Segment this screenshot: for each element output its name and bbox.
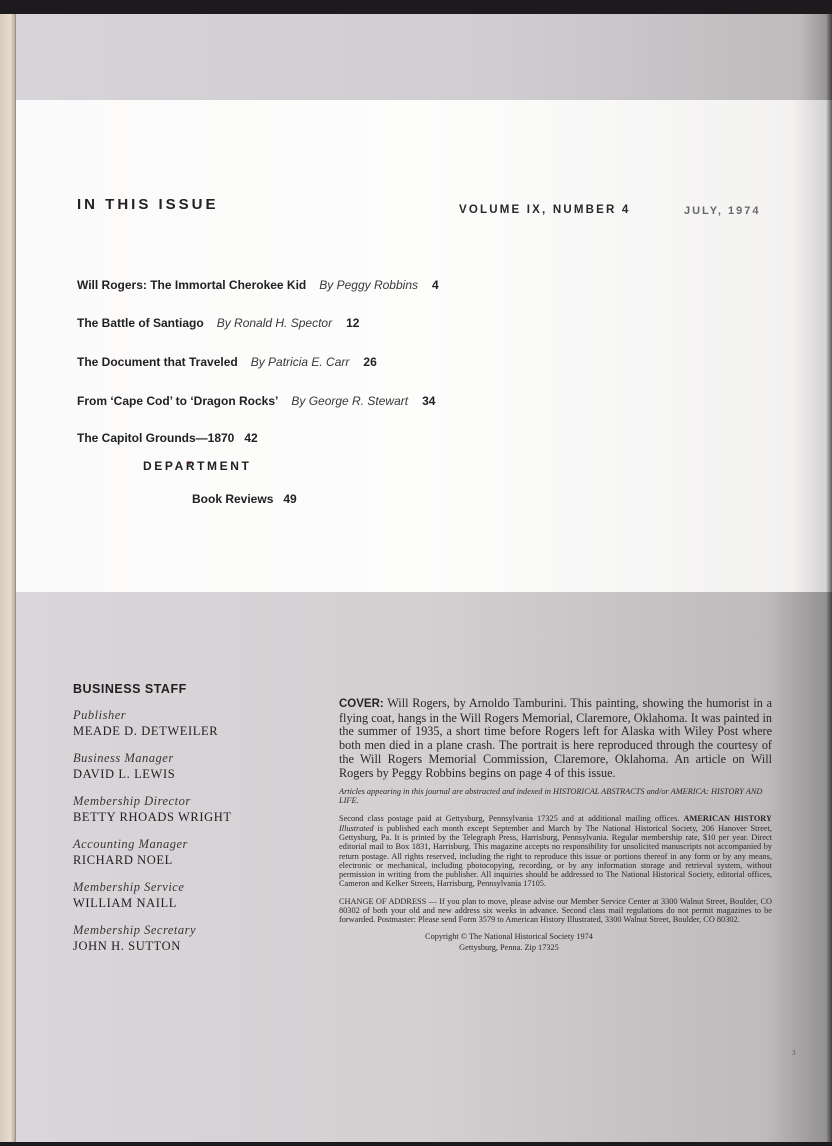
article-title: Will Rogers: The Immortal Cherokee Kid [77,278,306,292]
department-item-page: 49 [283,492,296,506]
staff-role: Publisher [73,708,232,723]
article-byline: By Peggy Robbins [319,278,418,292]
publication-name: AMERICAN HISTORY [684,814,773,823]
page-binding [0,14,16,1142]
magazine-page [0,14,832,1142]
cover-note: COVER: Will Rogers, by Arnoldo Tamburini… [339,697,772,780]
legal-text: is published each month except September… [339,824,772,889]
department-item-title: Book Reviews [192,492,273,506]
copyright-line: Copyright © The National Historical Soci… [339,931,679,942]
article-title: The Battle of Santiago [77,316,204,330]
toc-article[interactable]: From ‘Cape Cod’ to ‘Dragon Rocks’By Geor… [77,394,435,408]
staff-name: MEADE D. DETWEILER [73,724,232,739]
staff-role: Business Manager [73,751,232,766]
article-page: 4 [432,278,439,292]
change-label: CHANGE OF ADDRESS — [339,897,437,906]
staff-role: Membership Director [73,794,232,809]
contents-panel [15,100,832,592]
copyright-address: Gettysburg, Penna. Zip 17325 [339,942,679,953]
toc-article[interactable]: The Battle of SantiagoBy Ronald H. Spect… [77,316,359,330]
staff-role: Membership Secretary [73,923,232,938]
staff-role: Accounting Manager [73,837,232,852]
article-page: 34 [422,394,435,408]
copyright: Copyright © The National Historical Soci… [339,931,679,953]
change-of-address: CHANGE OF ADDRESS — If you plan to move,… [339,897,772,925]
issue-date: JULY, 1974 [684,205,760,217]
article-page: 42 [244,431,257,445]
article-byline: By Patricia E. Carr [251,355,350,369]
staff-name: DAVID L. LEWIS [73,767,232,782]
cover-text: Will Rogers, by Arnoldo Tamburini. This … [339,696,772,780]
staff-role: Membership Service [73,880,232,895]
toc-article[interactable]: The Capitol Grounds—187042 [77,431,258,445]
toc-article[interactable]: Will Rogers: The Immortal Cherokee KidBy… [77,278,439,292]
department-item[interactable]: Book Reviews49 [192,492,297,506]
business-staff: BUSINESS STAFF Publisher MEADE D. DETWEI… [73,682,232,966]
publication-subtitle: Illustrated [339,824,374,833]
page-edge-shadow [826,14,832,1142]
staff-name: WILLIAM NAILL [73,896,232,911]
staff-name: RICHARD NOEL [73,853,232,868]
article-page: 26 [363,355,376,369]
business-staff-heading: BUSINESS STAFF [73,682,232,696]
volume-number: VOLUME IX, NUMBER 4 [459,204,631,216]
legal-intro: Second class postage paid at Gettysburg,… [339,814,679,823]
article-page: 12 [346,316,359,330]
department-heading: DEPARTMENT [143,459,251,473]
article-title: From ‘Cape Cod’ to ‘Dragon Rocks’ [77,394,278,408]
article-byline: By George R. Stewart [291,394,408,408]
top-grey-band [15,14,832,100]
cover-label: COVER: [339,698,384,710]
page-number: 3 [792,1049,796,1057]
article-title: The Document that Traveled [77,355,238,369]
staff-name: BETTY RHOADS WRIGHT [73,810,232,825]
article-byline: By Ronald H. Spector [217,316,332,330]
article-title: The Capitol Grounds—1870 [77,431,234,445]
indexing-note: Articles appearing in this journal are a… [339,788,772,805]
legal-notice: Second class postage paid at Gettysburg,… [339,814,772,888]
staff-name: JOHN H. SUTTON [73,939,232,954]
publication-notes: COVER: Will Rogers, by Arnoldo Tamburini… [339,697,772,953]
toc-article[interactable]: The Document that TraveledBy Patricia E.… [77,355,377,369]
toc-heading: IN THIS ISSUE [77,196,219,213]
